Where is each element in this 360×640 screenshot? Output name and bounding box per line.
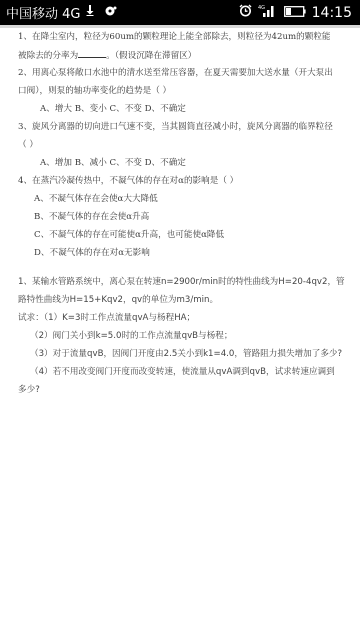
q4-option-b: B、不凝气体的存在会使α升高 <box>34 211 149 223</box>
p1-line2: 路特性曲线为H=15+Kqv2，qv的单位为m3/min。 <box>18 294 218 306</box>
q1-line1: 1、在降尘室内，粒径为60um的颗粒理论上能全部除去，则粒径为42um的颗粒能 <box>18 31 331 43</box>
q1-line2-post: 。（假设沉降在滞留区） <box>106 51 196 61</box>
q3-line2: （ ） <box>18 139 38 151</box>
status-bar: 中国移动 4G 4G 14:15 <box>0 0 360 25</box>
p1-sub4-line1: （4）若不用改变阀门开度而改变转速，使流量从qvA调到qvB，试求转速应调到 <box>30 366 335 378</box>
p1-sub2: （2）阀门关小到k=5.0时的工作点流量qvB与杨程； <box>30 330 232 342</box>
q3-line1: 3、旋风分离器的切向进口气速不变，当其圆筒直径减小时，旋风分离器的临界粒径 <box>18 121 333 133</box>
battery-icon <box>284 5 306 21</box>
alarm-icon <box>239 4 252 21</box>
svg-text:4G: 4G <box>258 5 265 11</box>
clock-time: 14:15 <box>312 5 352 21</box>
q4-option-a: A、不凝气体存在会使α大大降低 <box>34 193 158 205</box>
q3-options: A、增加 B、减小 C、不变 D、不确定 <box>40 157 186 169</box>
download-icon <box>86 5 94 20</box>
p1-line1: 1、某输水管路系统中，离心泵在转速n=2900r/min时的特性曲线为H=20-… <box>18 276 345 288</box>
q4-option-c: C、不凝气体的存在可能使α升高，也可能使α降低 <box>34 229 224 241</box>
q4-option-d: D、不凝气体的存在对α无影响 <box>34 247 150 259</box>
p1-sub4-line2: 多少? <box>18 384 40 396</box>
q2-line1: 2、用离心泵将敞口水池中的清水送至常压容器，在夏天需要加大送水量（开大泵出 <box>18 67 333 79</box>
carrier-label: 中国移动 4G <box>6 3 80 22</box>
q2-options: A、增大 B、变小 C、不变 D、不确定 <box>40 103 186 115</box>
signal-4g-icon: 4G <box>258 4 276 21</box>
p1-sub3: （3）对于流量qvB，因阀门开度由2.5关小到k1=4.0，管路阻力损失增加了多… <box>30 348 342 360</box>
q2-line2: 口阀），则泵的轴功率变化的趋势是（ ） <box>18 85 171 97</box>
p1-line3: 试求：（1）K=3时工作点流量qvA与杨程HA； <box>18 312 195 324</box>
status-divider <box>0 25 360 28</box>
q1-line2-pre: 被除去的分率为 <box>18 51 78 61</box>
q1-line2: 被除去的分率为。（假设沉降在滞留区） <box>18 49 196 62</box>
q4-line1: 4、在蒸汽冷凝传热中，不凝气体的存在对α的影响是（ ） <box>18 175 238 187</box>
notification-icon <box>104 5 117 21</box>
answer-blank <box>78 49 106 58</box>
